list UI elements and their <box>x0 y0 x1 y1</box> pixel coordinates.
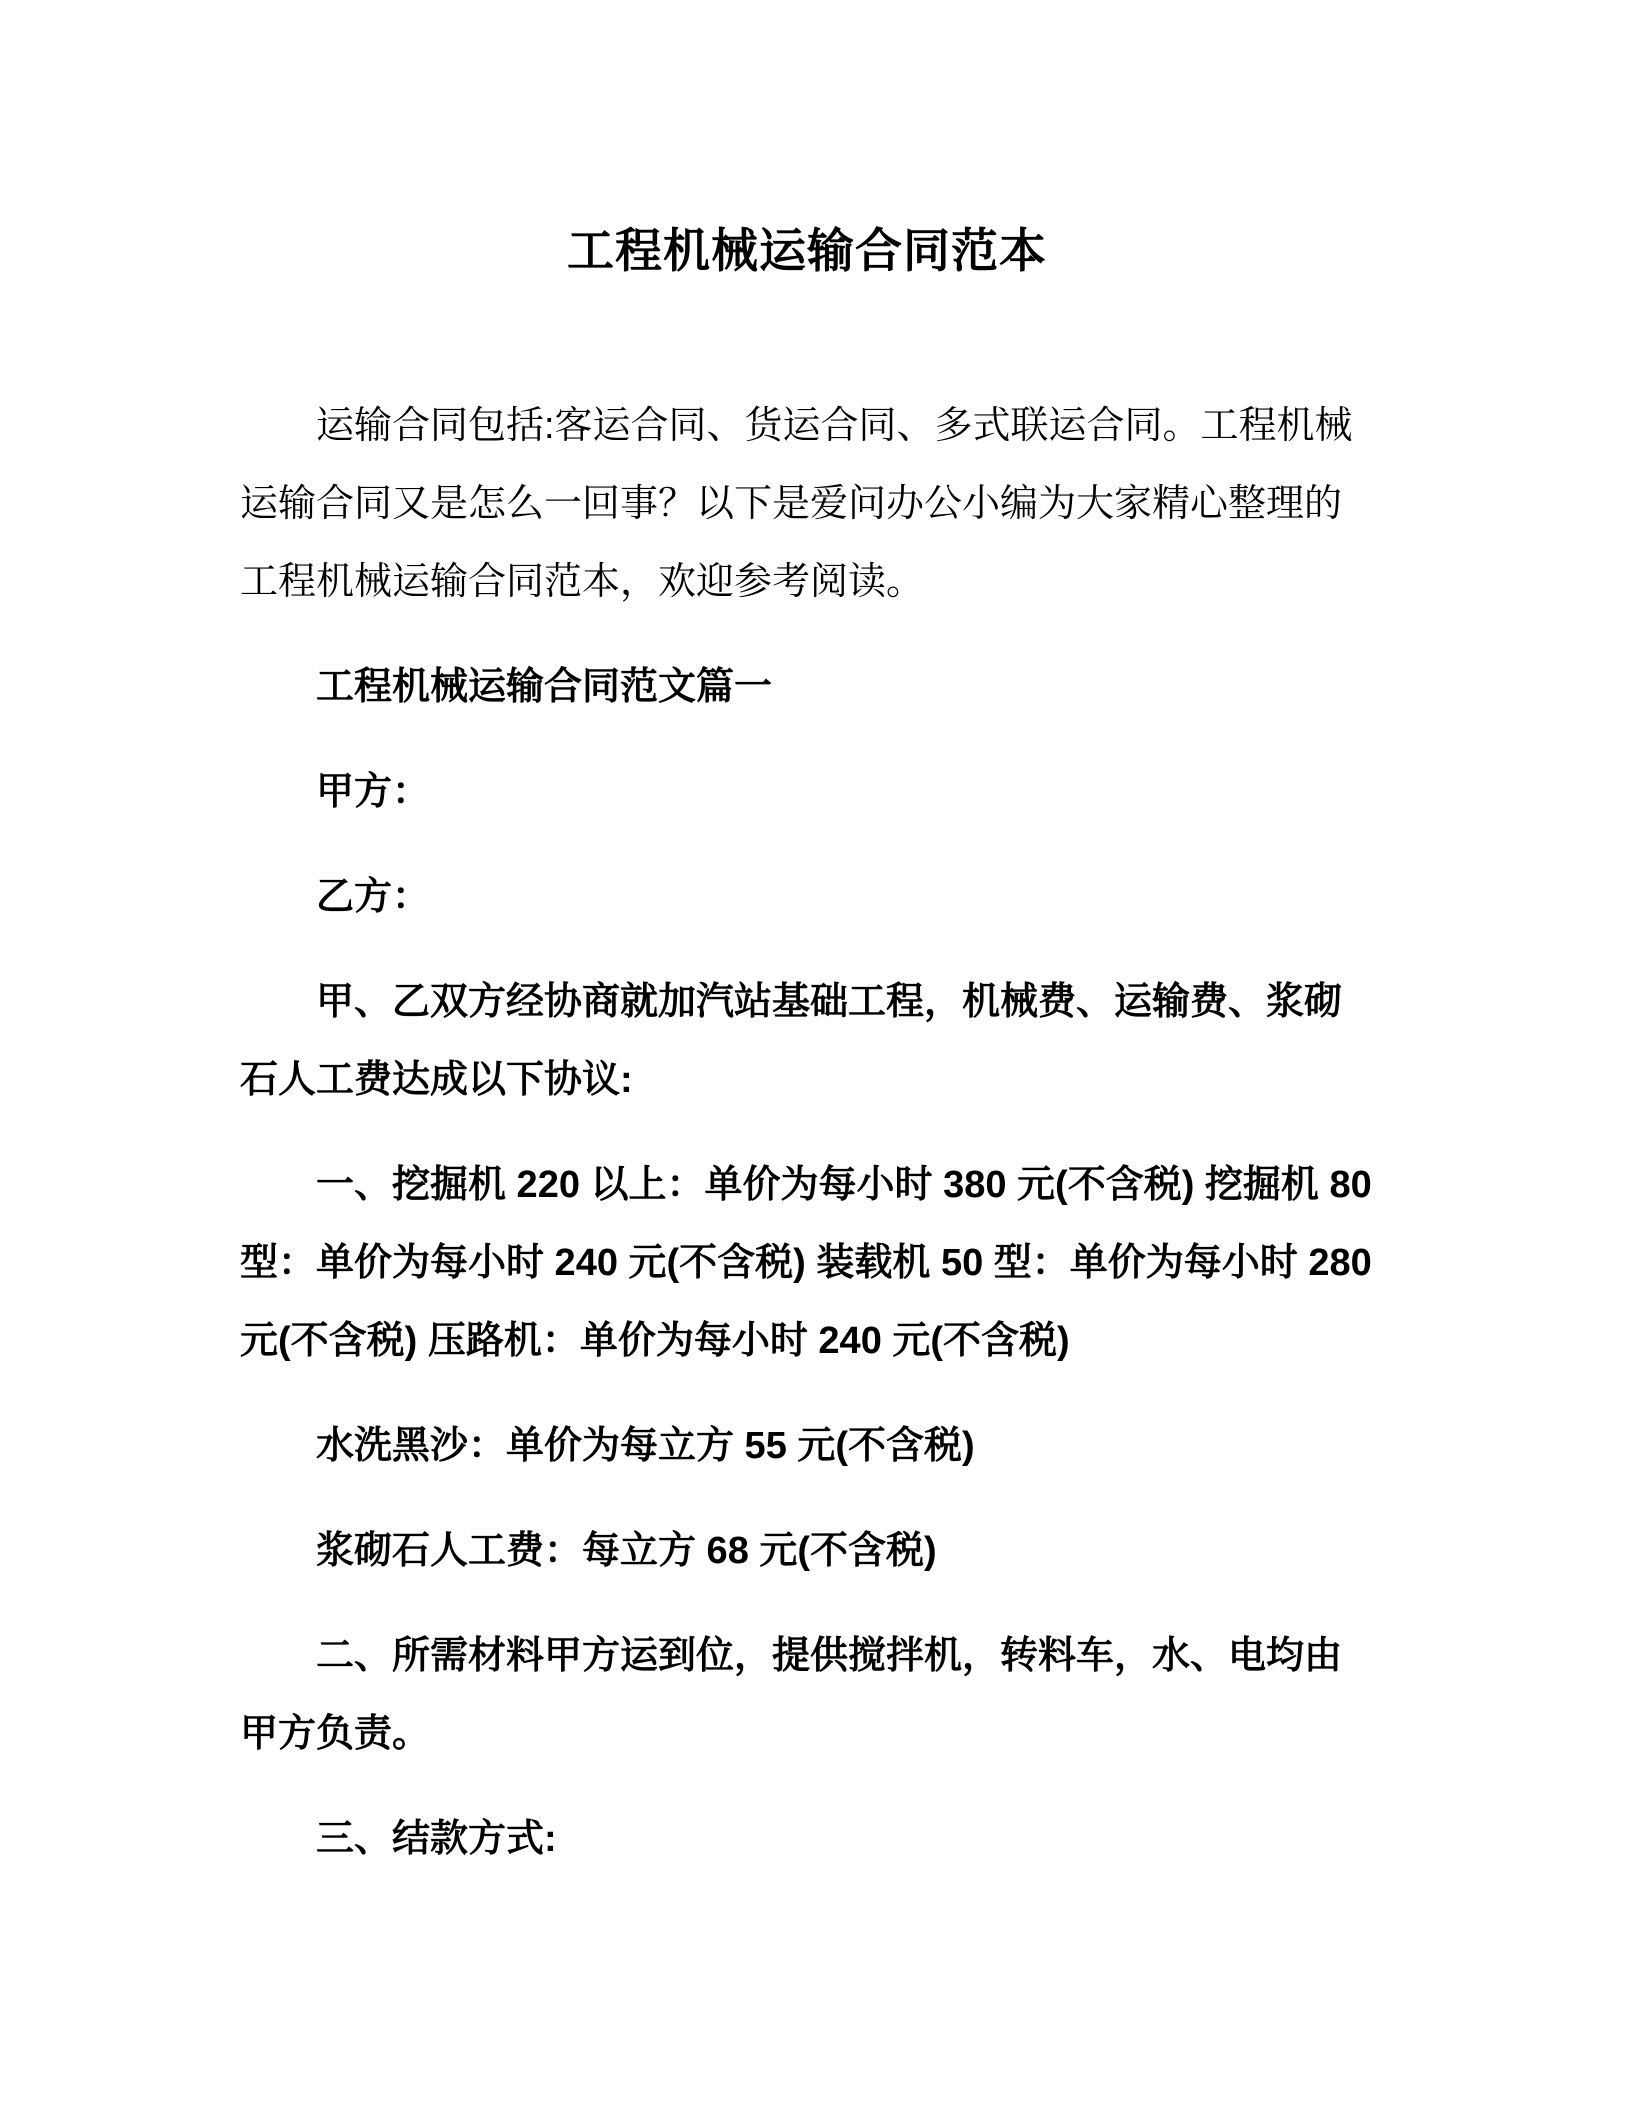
clause-3-payment-paragraph: 三、结款方式: <box>240 1800 1374 1878</box>
intro-paragraph: 运输合同包括:客运合同、货运合同、多式联运合同。工程机械运输合同又是怎么一回事？… <box>240 387 1374 621</box>
clause-1-prices-paragraph: 一、挖掘机 220 以上：单价为每小时 380 元(不含税) 挖掘机 80 型：… <box>240 1146 1374 1380</box>
clause-2-materials-paragraph: 二、所需材料甲方运到位，提供搅拌机，转料车，水、电均由甲方负责。 <box>240 1617 1374 1773</box>
document-page: 工程机械运输合同范本 运输合同包括:客运合同、货运合同、多式联运合同。工程机械运… <box>0 0 1632 2112</box>
party-b-line: 乙方： <box>240 858 1374 936</box>
masonry-labor-price-paragraph: 浆砌石人工费：每立方 68 元(不含税) <box>240 1512 1374 1590</box>
section-heading: 工程机械运输合同范文篇一 <box>240 648 1374 726</box>
party-a-line: 甲方： <box>240 753 1374 831</box>
sand-price-paragraph: 水洗黑沙：单价为每立方 55 元(不含税) <box>240 1407 1374 1485</box>
document-title: 工程机械运输合同范本 <box>240 220 1374 281</box>
agreement-intro-paragraph: 甲、乙双方经协商就加汽站基础工程，机械费、运输费、浆砌石人工费达成以下协议: <box>240 963 1374 1119</box>
